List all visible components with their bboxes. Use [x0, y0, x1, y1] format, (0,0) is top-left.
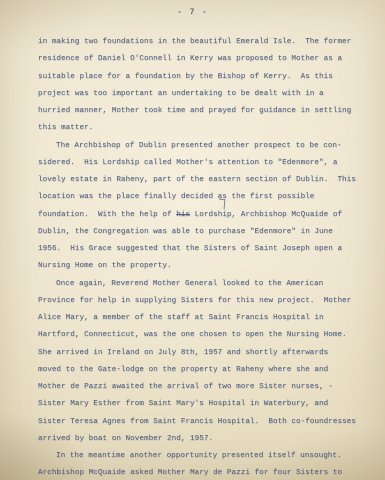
text-line: hurried manner, Mother took time and pra…	[38, 103, 358, 120]
text-line: suitable place for a foundation by the B…	[38, 69, 358, 86]
pen-mark-annotation	[219, 199, 226, 209]
text-line: Mother de Pazzi awaited the arrival of t…	[38, 379, 358, 396]
text-line: this matter.	[38, 120, 358, 137]
text-line: The Archbishop of Dublin presented anoth…	[38, 138, 358, 155]
text-line: Province for help in supplying Sisters f…	[38, 293, 358, 310]
text-line: moved to the Gate-lodge on the property …	[38, 362, 358, 379]
text-line: location was the place finally decided a…	[38, 189, 358, 206]
text-line: Sister Mary Esther from Saint Mary's Hos…	[38, 396, 358, 413]
document-page: - 7 - in making two foundations in the b…	[0, 0, 385, 480]
text-line: foundation. With the help of his Lordshi…	[38, 207, 358, 224]
text-line: lovely estate in Raheny, part of the eas…	[38, 172, 358, 189]
text-line: Archbishop McQuaide asked Mother Mary de…	[38, 465, 358, 480]
strikethrough-word: his	[176, 211, 190, 219]
text-line: project was too important an undertaking…	[38, 86, 358, 103]
page-number: - 7 -	[0, 7, 385, 17]
text-line: Sister Teresa Agnes from Saint Francis H…	[38, 414, 358, 431]
text-line: arrived by boat on November 2nd, 1957.	[38, 431, 358, 448]
text-line: She arrived in Ireland on July 8th, 1957…	[38, 345, 358, 362]
page-body: in making two foundations in the beautif…	[38, 34, 358, 480]
text-line: Alice Mary, a member of the staff at Sai…	[38, 310, 358, 327]
text-line: Once again, Reverend Mother General look…	[38, 276, 358, 293]
text-line: residence of Daniel O'Connell in Kerry w…	[38, 51, 358, 68]
text-line: Hartford, Connecticut, was the one chose…	[38, 327, 358, 344]
text-line: 1956. His Grace suggested that the Siste…	[38, 241, 358, 258]
text-line: In the meantime another opportunity pres…	[38, 448, 358, 465]
text-line: sidered. His Lordship called Mother's at…	[38, 155, 358, 172]
text-line: Dublin, the Congregation was able to pur…	[38, 224, 358, 241]
text-line: in making two foundations in the beautif…	[38, 34, 358, 51]
text-line: Nursing Home on the property.	[38, 258, 358, 275]
